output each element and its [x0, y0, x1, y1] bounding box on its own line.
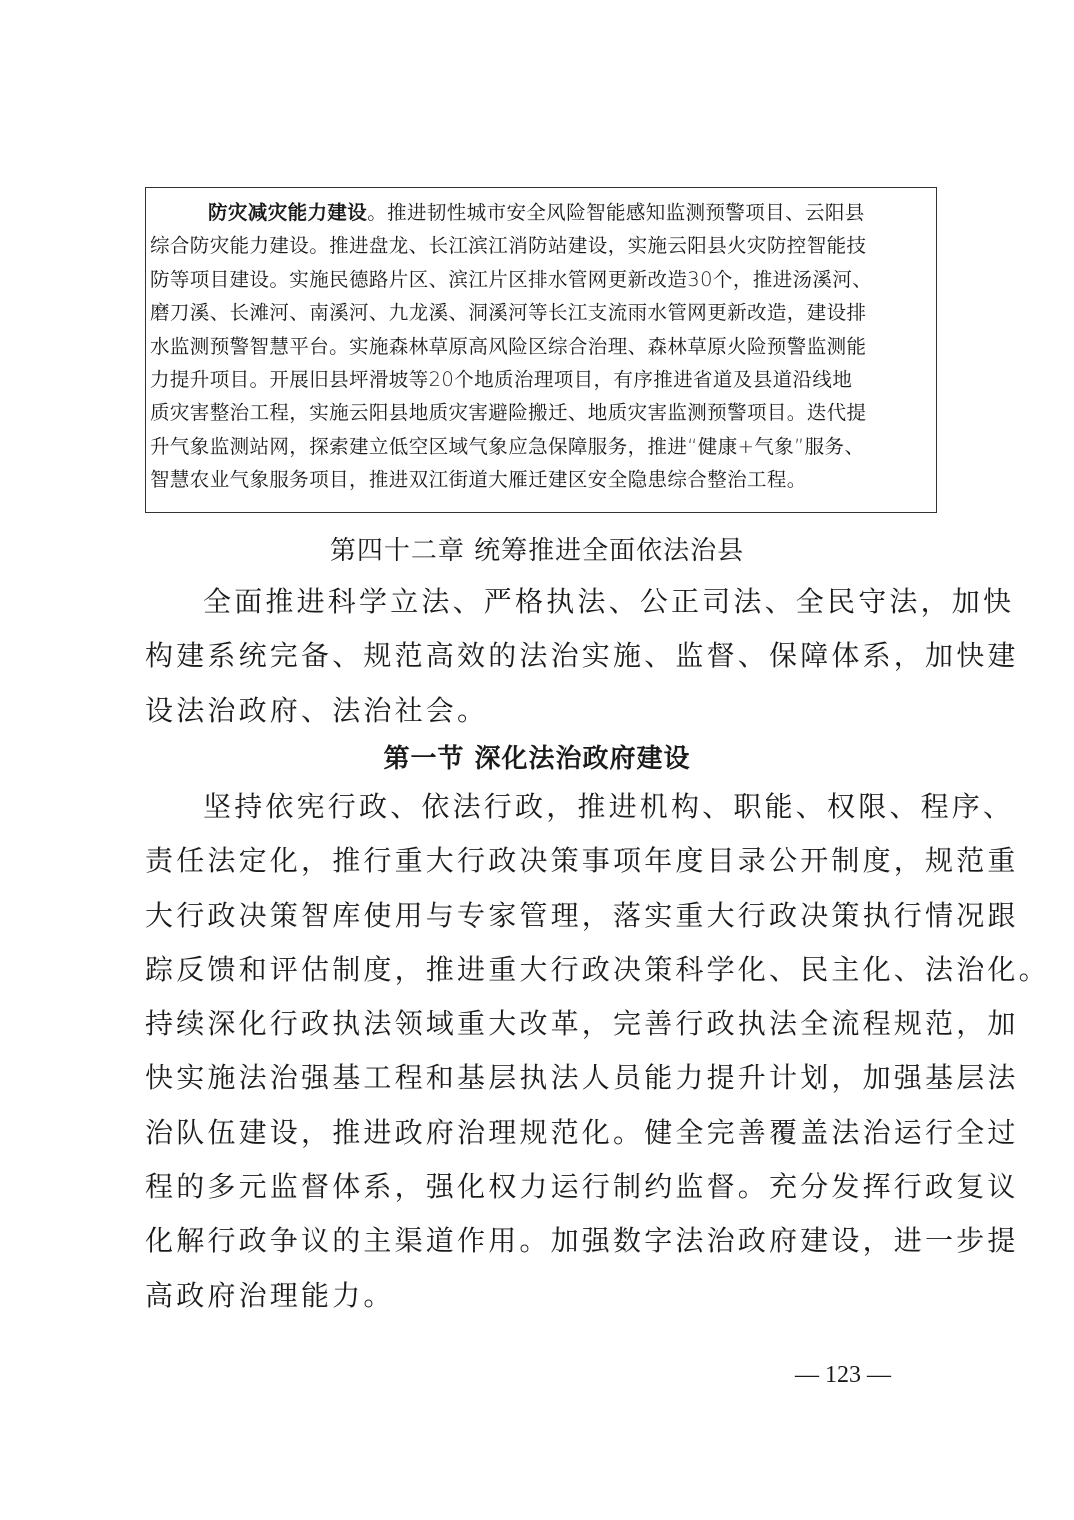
paragraph-line: 构建系统完备、规范高效的法治实施、监督、保障体系，加快建: [145, 629, 945, 683]
section-title: 第一节 深化法治政府建设: [0, 738, 1074, 775]
paragraph-line: 程的多元监督体系，强化权力运行制约监督。充分发挥行政复议: [145, 1160, 945, 1214]
box-line: 质灾害整治工程，实施云阳县地质灾害避险搬迁、地质灾害监测预警项目。迭代提: [150, 396, 926, 429]
paragraph-line: 持续深化行政执法领域重大改革，完善行政执法全流程规范，加: [145, 997, 945, 1051]
paragraph-line: 治队伍建设，推进政府治理规范化。健全完善覆盖法治运行全过: [145, 1106, 945, 1160]
box-line: 防等项目建设。实施民德路片区、滨江片区排水管网更新改造30个，推进汤溪河、: [150, 263, 926, 296]
box-line: 智慧农业气象服务项目，推进双江街道大雁迁建区安全隐患综合整治工程。: [150, 463, 926, 496]
chapter-paragraph: 全面推进科学立法、严格执法、公正司法、全民守法，加快 构建系统完备、规范高效的法…: [145, 575, 945, 738]
box-lead-title: 防灾减灾能力建设: [208, 201, 367, 224]
paragraph-line: 大行政决策智库使用与专家管理，落实重大行政决策执行情况跟: [145, 889, 945, 943]
paragraph-line: 责任法定化，推行重大行政决策事项年度目录公开制度，规范重: [145, 834, 945, 888]
page-number: — 123 —: [795, 1362, 891, 1389]
paragraph-line: 坚持依宪行政、依法行政，推进机构、职能、权限、程序、: [145, 780, 945, 834]
box-line: 升气象监测站网，探索建立低空区域气象应急保障服务，推进“健康+气象”服务、: [150, 430, 926, 463]
paragraph-line: 高政府治理能力。: [145, 1269, 945, 1323]
paragraph-line: 快实施法治强基工程和基层执法人员能力提升计划，加强基层法: [145, 1051, 945, 1105]
paragraph-line: 设法治政府、法治社会。: [145, 684, 945, 738]
paragraph-line: 踪反馈和评估制度，推进重大行政决策科学化、民主化、法治化。: [145, 943, 945, 997]
box-line: 磨刀溪、长滩河、南溪河、九龙溪、洞溪河等长江支流雨水管网更新改造，建设排: [150, 296, 926, 329]
paragraph-line: 化解行政争议的主渠道作用。加强数字法治政府建设，进一步提: [145, 1214, 945, 1268]
box-line: 防灾减灾能力建设。推进韧性城市安全风险智能感知监测预警项目、云阳县: [150, 196, 926, 229]
box-line: 综合防灾能力建设。推进盘龙、长江滨江消防站建设，实施云阳县火灾防控智能技: [150, 229, 926, 262]
box-line: 力提升项目。开展旧县坪滑坡等20个地质治理项目，有序推进省道及县道沿线地: [150, 363, 926, 396]
box-line-text: 。推进韧性城市安全风险智能感知监测预警项目、云阳县: [367, 201, 865, 224]
disaster-prevention-box: 防灾减灾能力建设。推进韧性城市安全风险智能感知监测预警项目、云阳县 综合防灾能力…: [145, 187, 937, 513]
paragraph-line: 全面推进科学立法、严格执法、公正司法、全民守法，加快: [145, 575, 945, 629]
box-line: 水监测预警智慧平台。实施森林草原高风险区综合治理、森林草原火险预警监测能: [150, 330, 926, 363]
section-paragraph: 坚持依宪行政、依法行政，推进机构、职能、权限、程序、 责任法定化，推行重大行政决…: [145, 780, 945, 1323]
chapter-title: 第四十二章 统筹推进全面依法治县: [0, 530, 1074, 567]
